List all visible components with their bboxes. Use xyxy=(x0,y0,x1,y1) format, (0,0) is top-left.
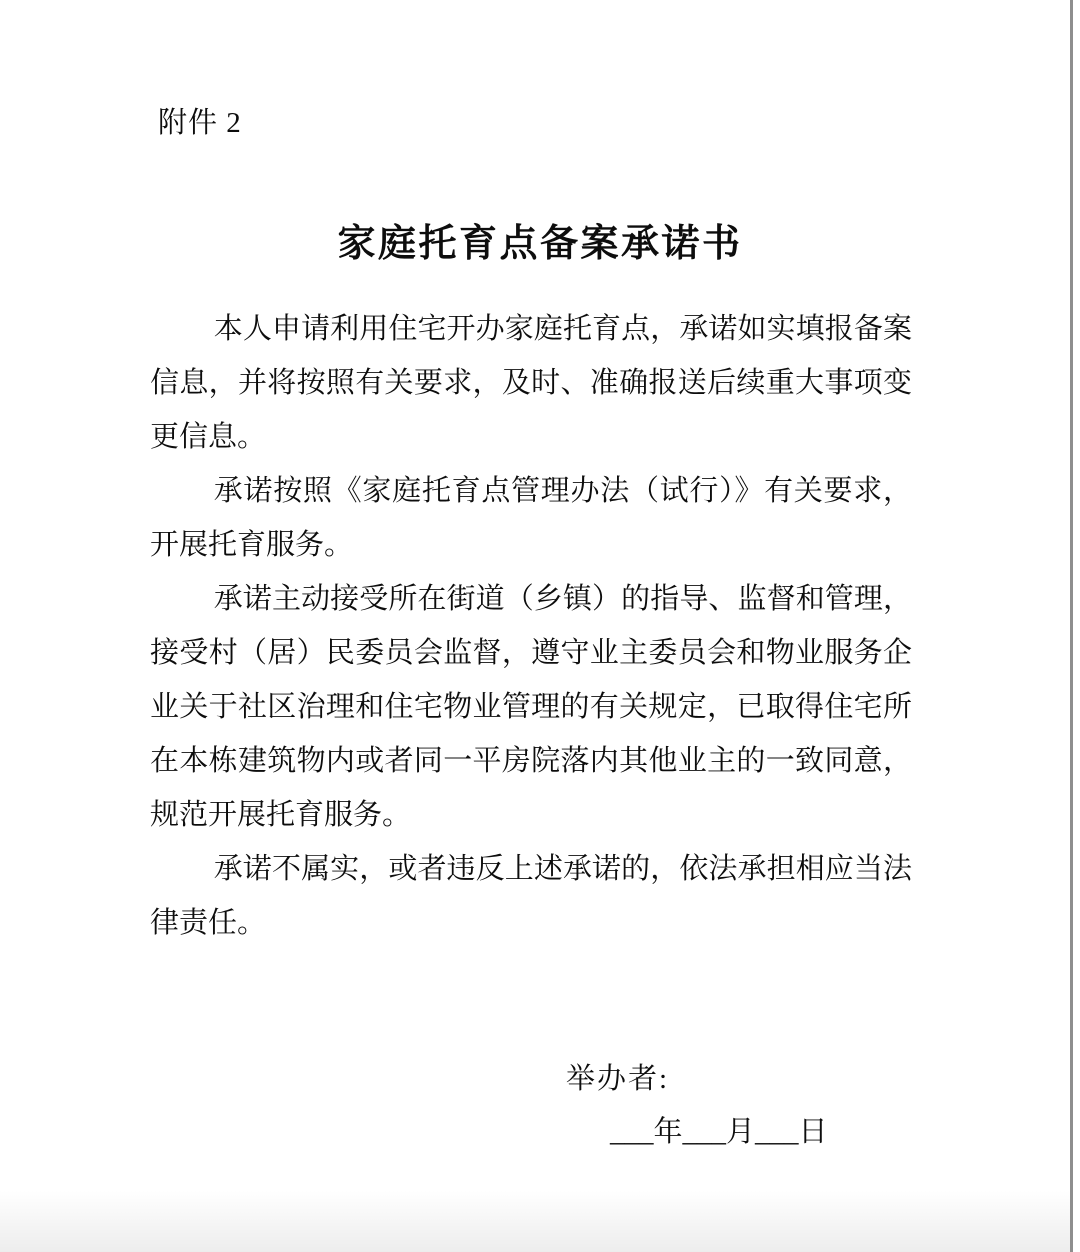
attachment-label: 附件 2 xyxy=(158,104,242,142)
body-paragraph: 承诺主动接受所在街道（乡镇）的指导、监督和管理，接受村（居）民委员会监督，遵守业… xyxy=(150,572,912,842)
document-page: 附件 2 家庭托育点备案承诺书 本人申请利用住宅开办家庭托育点，承诺如实填报备案… xyxy=(0,0,1080,1252)
document-body: 本人申请利用住宅开办家庭托育点，承诺如实填报备案信息，并将按照有关要求，及时、准… xyxy=(150,302,912,950)
signature-organizer-label: 举办者: xyxy=(566,1058,669,1100)
document-title: 家庭托育点备案承诺书 xyxy=(0,221,1080,267)
body-paragraph: 本人申请利用住宅开办家庭托育点，承诺如实填报备案信息，并将按照有关要求，及时、准… xyxy=(150,302,912,464)
page-edge-divider xyxy=(1070,0,1073,1252)
page-bottom-shadow xyxy=(0,1190,1070,1252)
body-paragraph: 承诺按照《家庭托育点管理办法（试行）》有关要求，开展托育服务。 xyxy=(150,464,912,572)
signature-date-line: ___年___月___日 xyxy=(610,1111,828,1153)
body-paragraph: 承诺不属实，或者违反上述承诺的，依法承担相应当法律责任。 xyxy=(150,842,912,950)
